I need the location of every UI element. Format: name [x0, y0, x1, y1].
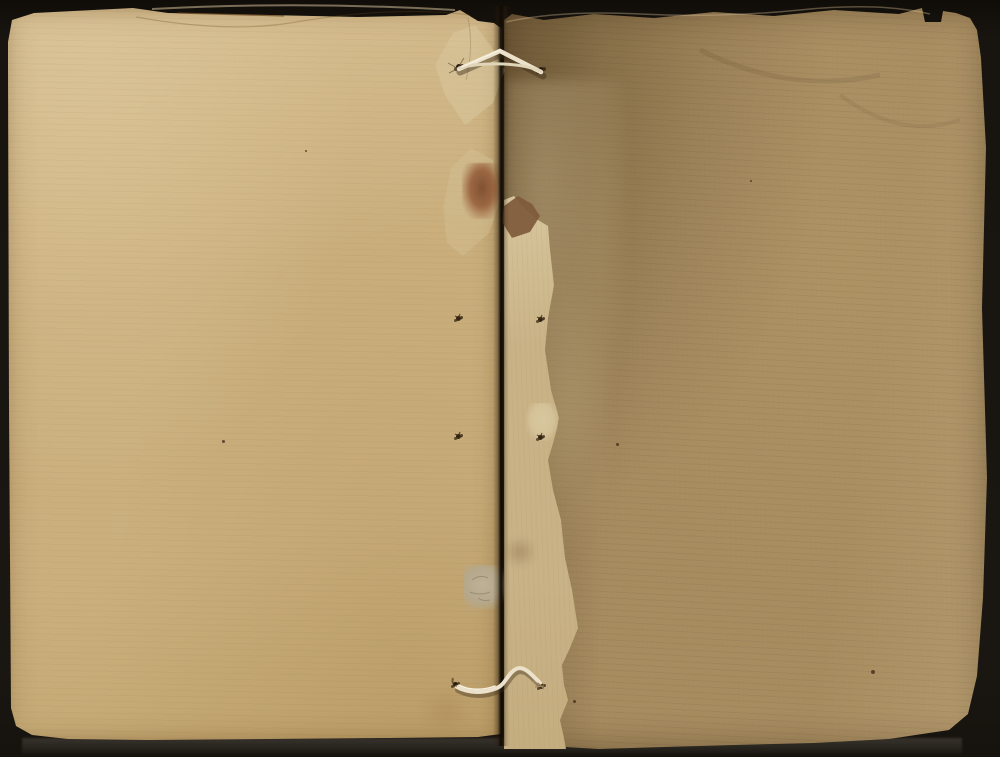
spine-seam [493, 6, 509, 746]
stitch-hole [453, 682, 458, 687]
stitch-hole [456, 316, 461, 321]
paper-fleck [222, 440, 225, 443]
paper-fleck [573, 700, 576, 703]
paper-fleck [616, 443, 619, 446]
stitch-hole [538, 317, 543, 322]
edge-highlight [152, 5, 455, 10]
stitch-hole [538, 67, 544, 73]
paper-fleck [750, 180, 752, 182]
paper-fleck [871, 670, 875, 674]
paper-fleck [305, 150, 307, 152]
stitch-hole [538, 435, 543, 440]
stitch-hole [456, 64, 462, 70]
stitch-hole [539, 684, 544, 689]
faint-stain [420, 688, 472, 734]
book-scan [0, 0, 1000, 757]
left-page [8, 8, 502, 742]
stitch-hole [456, 434, 461, 439]
